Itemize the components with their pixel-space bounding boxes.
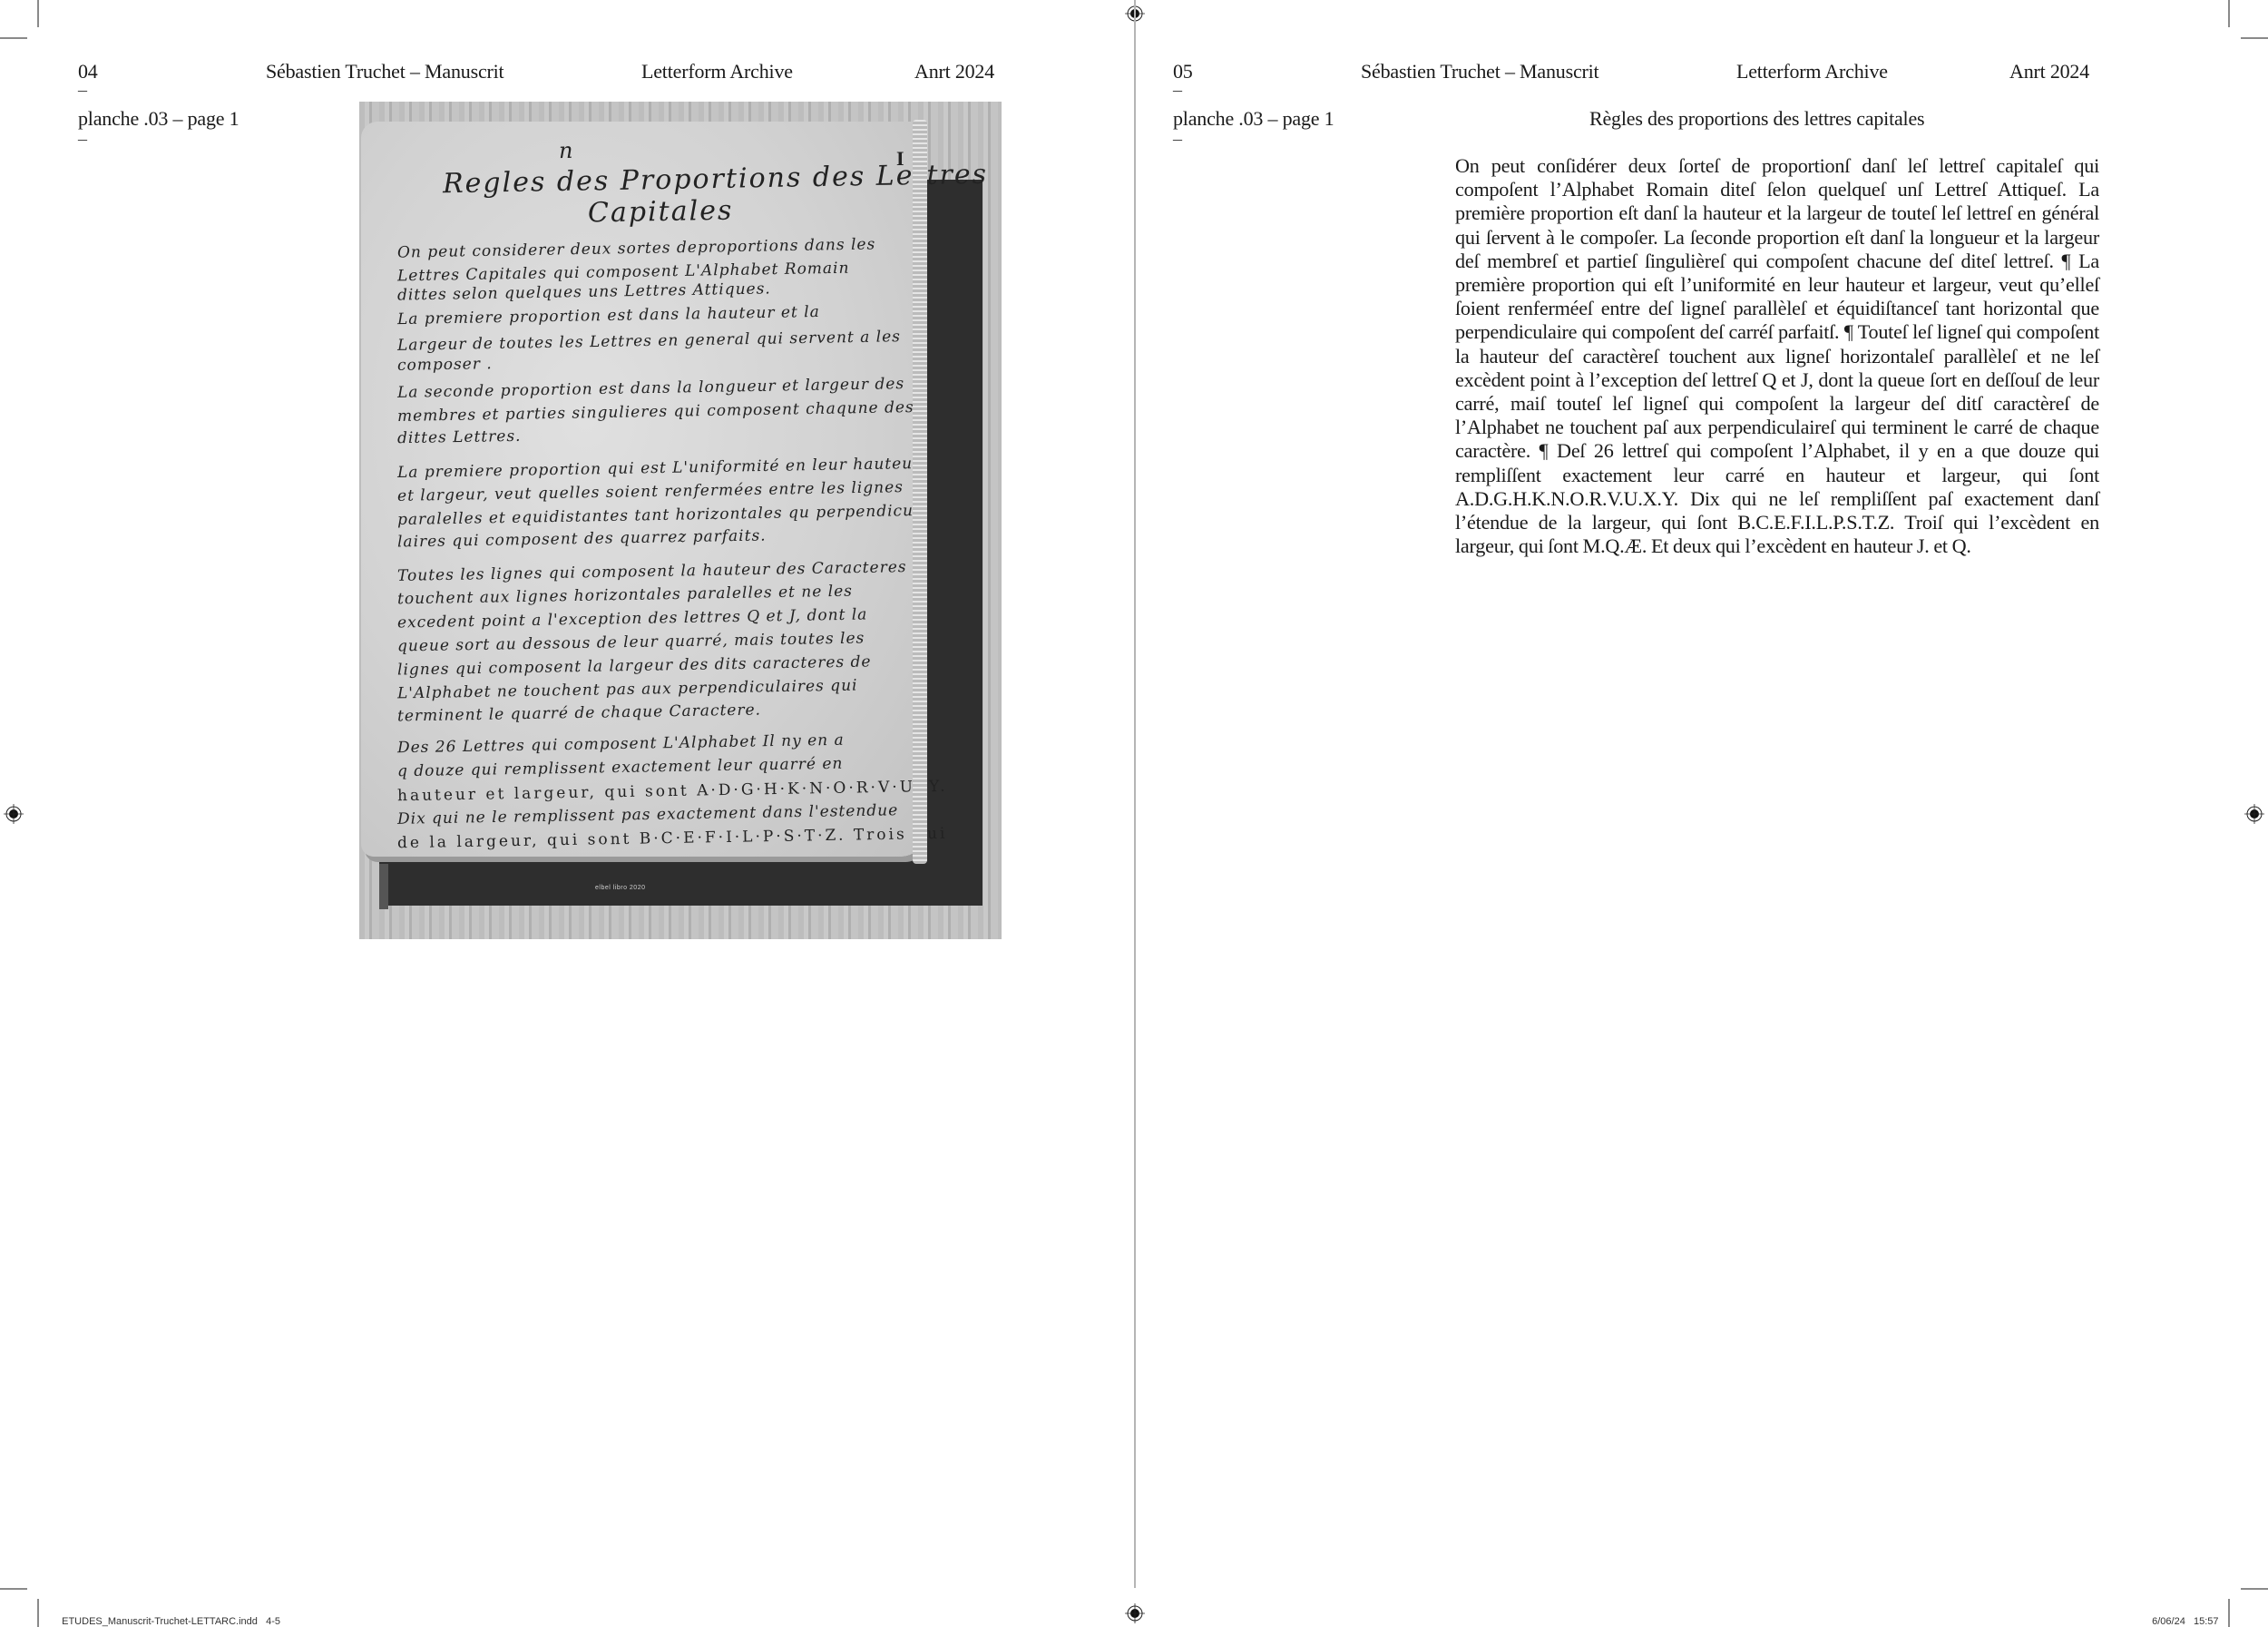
slug-date: 6/06/24 bbox=[2152, 1616, 2185, 1627]
manuscript-line: hauteur et largeur, qui sont A·D·G·H·K·N… bbox=[397, 778, 948, 806]
manuscript-line: q douze qui remplissent exactement leur … bbox=[397, 755, 844, 781]
manuscript-line: queue sort au dessous de leur quarré, ma… bbox=[397, 630, 865, 656]
right-collection: Letterform Archive bbox=[1736, 60, 1888, 83]
slug-pages: 4-5 bbox=[266, 1616, 280, 1627]
crop-mark-bottom-left-h bbox=[0, 1588, 27, 1590]
manuscript-line: La premiere proportion est dans la haute… bbox=[397, 303, 820, 328]
paper-deckle-edge bbox=[913, 120, 927, 864]
left-edition: Anrt 2024 bbox=[914, 60, 994, 83]
crop-mark-bottom-right-v bbox=[2228, 1599, 2230, 1627]
manuscript-line: Toutes les lignes qui composent la haute… bbox=[397, 558, 907, 585]
right-edition: Anrt 2024 bbox=[2009, 60, 2089, 83]
manuscript-line: La seconde proportion est dans la longue… bbox=[397, 375, 904, 402]
crop-mark-top-right-h bbox=[2241, 37, 2268, 39]
left-plate-label: planche .03 – page 1 bbox=[78, 107, 239, 131]
manuscript-line: laires qui composent des quarrez parfait… bbox=[397, 526, 767, 551]
left-running-title: Sébastien Truchet – Manuscrit bbox=[266, 60, 503, 83]
crop-mark-bottom-right-h bbox=[2241, 1588, 2268, 1590]
left-dash-1: – bbox=[78, 80, 87, 101]
manuscript-photo: n I Regles des Proportions des Lettres C… bbox=[359, 102, 1002, 939]
manuscript-line: Des 26 Lettres qui composent L'Alphabet … bbox=[397, 731, 845, 758]
manuscript-line: excedent point a l'exception des lettres… bbox=[397, 605, 868, 632]
corner-mark: n bbox=[559, 138, 574, 163]
slug-time: 15:57 bbox=[2194, 1616, 2219, 1627]
left-collection: Letterform Archive bbox=[641, 60, 793, 83]
right-plate-label: planche .03 – page 1 bbox=[1173, 107, 1334, 131]
spread-gutter-line bbox=[1134, 0, 1136, 1588]
manuscript-line: L'Alphabet ne touchent pas aux perpendic… bbox=[397, 677, 858, 703]
section-title: Règles des proportions des lettres capit… bbox=[1589, 107, 1924, 131]
registration-mark-left-icon bbox=[4, 804, 24, 824]
manuscript-line: La premiere proportion qui est L'uniform… bbox=[397, 455, 922, 482]
manuscript-line: Largeur de toutes les Lettres en general… bbox=[397, 328, 901, 355]
book-spine bbox=[379, 864, 388, 909]
manuscript-line: paralelles et equidistantes tant horizon… bbox=[397, 502, 920, 529]
crop-mark-top-left-h bbox=[0, 37, 27, 39]
manuscript-line: de la largeur, qui sont B·C·E·F·I·L·P·S·… bbox=[397, 825, 948, 853]
right-dash-1: – bbox=[1173, 80, 1182, 101]
manuscript-line: Regles des Proportions des Lettres bbox=[443, 159, 989, 200]
slug-file: ETUDES_Manuscrit-Truchet-LETTARC.indd bbox=[62, 1616, 258, 1627]
manuscript-paper: n I Regles des Proportions des Lettres C… bbox=[361, 122, 924, 857]
manuscript-line: Dix qui ne le remplissent pas exactement… bbox=[397, 801, 898, 828]
crop-mark-top-right-v bbox=[2228, 0, 2230, 27]
registration-mark-right-icon bbox=[2244, 804, 2264, 824]
manuscript-line: membres et parties singulieres qui compo… bbox=[397, 398, 914, 426]
crop-mark-top-left-v bbox=[37, 0, 39, 27]
photo-watermark: elbel libro 2020 bbox=[595, 885, 645, 891]
manuscript-line: terminent le quarré de chaque Caractere. bbox=[397, 701, 761, 726]
manuscript-line: et largeur, veut quelles soient renfermé… bbox=[397, 478, 904, 505]
right-dash-2: – bbox=[1173, 129, 1182, 150]
crop-mark-bottom-left-v bbox=[37, 1599, 39, 1627]
manuscript-line: Lettres Capitales qui composent L'Alphab… bbox=[397, 260, 850, 286]
manuscript-line: lignes qui composent la largeur des dits… bbox=[397, 652, 872, 679]
manuscript-line: On peut considerer deux sortes deproport… bbox=[397, 235, 876, 261]
left-dash-2: – bbox=[78, 129, 87, 150]
slug-filename: ETUDES_Manuscrit-Truchet-LETTARC.indd 4-… bbox=[56, 1605, 280, 1627]
manuscript-line: Capitales bbox=[588, 195, 734, 230]
manuscript-line: touchent aux lignes horizontales paralel… bbox=[397, 583, 853, 609]
registration-mark-bottom-icon bbox=[1125, 1603, 1145, 1623]
slug-timestamp: 6/06/24 15:57 bbox=[2146, 1605, 2219, 1627]
manuscript-line: dittes Lettres. bbox=[397, 427, 522, 447]
right-running-title: Sébastien Truchet – Manuscrit bbox=[1361, 60, 1598, 83]
manuscript-line: composer . bbox=[397, 355, 493, 375]
transcription-body: On peut conſidérer deux ſorteſ de propor… bbox=[1455, 154, 2099, 558]
